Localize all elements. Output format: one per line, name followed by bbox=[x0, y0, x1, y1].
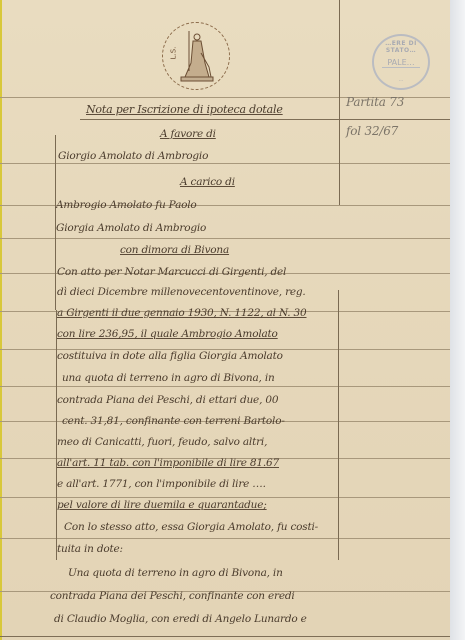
body-line: con lire 236,95, il quale Ambrogio Amola… bbox=[57, 328, 278, 340]
document-title: Nota per Iscrizione di ipoteca dotale bbox=[86, 103, 283, 116]
stamp-center-text: PALE… bbox=[382, 58, 420, 68]
body-line: costituiva in dote alla figlia Giorgia A… bbox=[57, 350, 283, 362]
ruled-line bbox=[80, 119, 450, 120]
debtor-2: Giorgia Amolato di Ambrogio bbox=[56, 222, 206, 234]
ruled-line bbox=[0, 163, 450, 164]
body-line: Con atto per Notar Marcucci di Girgenti,… bbox=[57, 266, 286, 278]
seal-label: L.S. bbox=[169, 47, 177, 60]
ruled-line bbox=[0, 636, 450, 637]
margin-note-folio: fol 32/67 bbox=[346, 124, 398, 138]
scan-margin bbox=[450, 0, 465, 640]
beneficiary-name: Giorgio Amolato di Ambrogio bbox=[58, 150, 208, 162]
seal-emblem: L.S. bbox=[162, 22, 230, 90]
margin-line bbox=[339, 0, 340, 205]
ruled-line bbox=[0, 386, 450, 387]
margin-line bbox=[56, 310, 57, 560]
a-carico-label: A carico di bbox=[180, 176, 235, 188]
document-page: L.S. …ERE DI STATO… PALE… … Partita 73 f… bbox=[0, 0, 450, 640]
body-line: una quota di terreno in agro di Bivona, … bbox=[62, 372, 275, 384]
body-line: contrada Piana dei Peschi, confinante co… bbox=[50, 590, 295, 602]
body-line: contrada Piana dei Peschi, di ettari due… bbox=[57, 394, 278, 406]
margin-line bbox=[338, 290, 339, 560]
a-favore-label: A favore di bbox=[160, 128, 216, 140]
ruled-line bbox=[0, 238, 450, 239]
body-line: tuita in dote: bbox=[57, 543, 123, 555]
ruled-line bbox=[0, 497, 450, 498]
paper-edge bbox=[0, 0, 2, 640]
ruled-line bbox=[0, 538, 450, 539]
body-line: e all'art. 1771, con l'imponibile di lir… bbox=[57, 478, 266, 490]
residence: con dimora di Bivona bbox=[120, 244, 229, 256]
body-line: cent. 31,81, confinante con terreni Bart… bbox=[62, 415, 285, 427]
debtor-1: Ambrogio Amolato fu Paolo bbox=[56, 199, 197, 211]
body-line: Una quota di terreno in agro di Bivona, … bbox=[68, 567, 283, 579]
body-line: pel valore di lire duemila e quarantadue… bbox=[57, 499, 267, 511]
body-line: dì dieci Dicembre millenovecentoventinov… bbox=[57, 286, 306, 298]
office-stamp: …ERE DI STATO… PALE… … bbox=[372, 34, 430, 90]
body-line: all'art. 11 tab. con l'imponibile di lir… bbox=[57, 457, 279, 469]
body-line: meo di Canicatti, fuori, feudo, salvo al… bbox=[57, 436, 267, 448]
stamp-ring-text: …ERE DI STATO… bbox=[374, 40, 428, 54]
stamp-bottom-text: … bbox=[374, 77, 428, 83]
body-line: a Girgenti il due gennaio 1930, N. 1122,… bbox=[57, 307, 307, 319]
margin-note-partita: Partita 73 bbox=[346, 95, 404, 109]
body-line: di Claudio Moglia, con eredi di Angelo L… bbox=[54, 613, 307, 625]
body-line: Con lo stesso atto, essa Giorgia Amolato… bbox=[64, 521, 318, 533]
